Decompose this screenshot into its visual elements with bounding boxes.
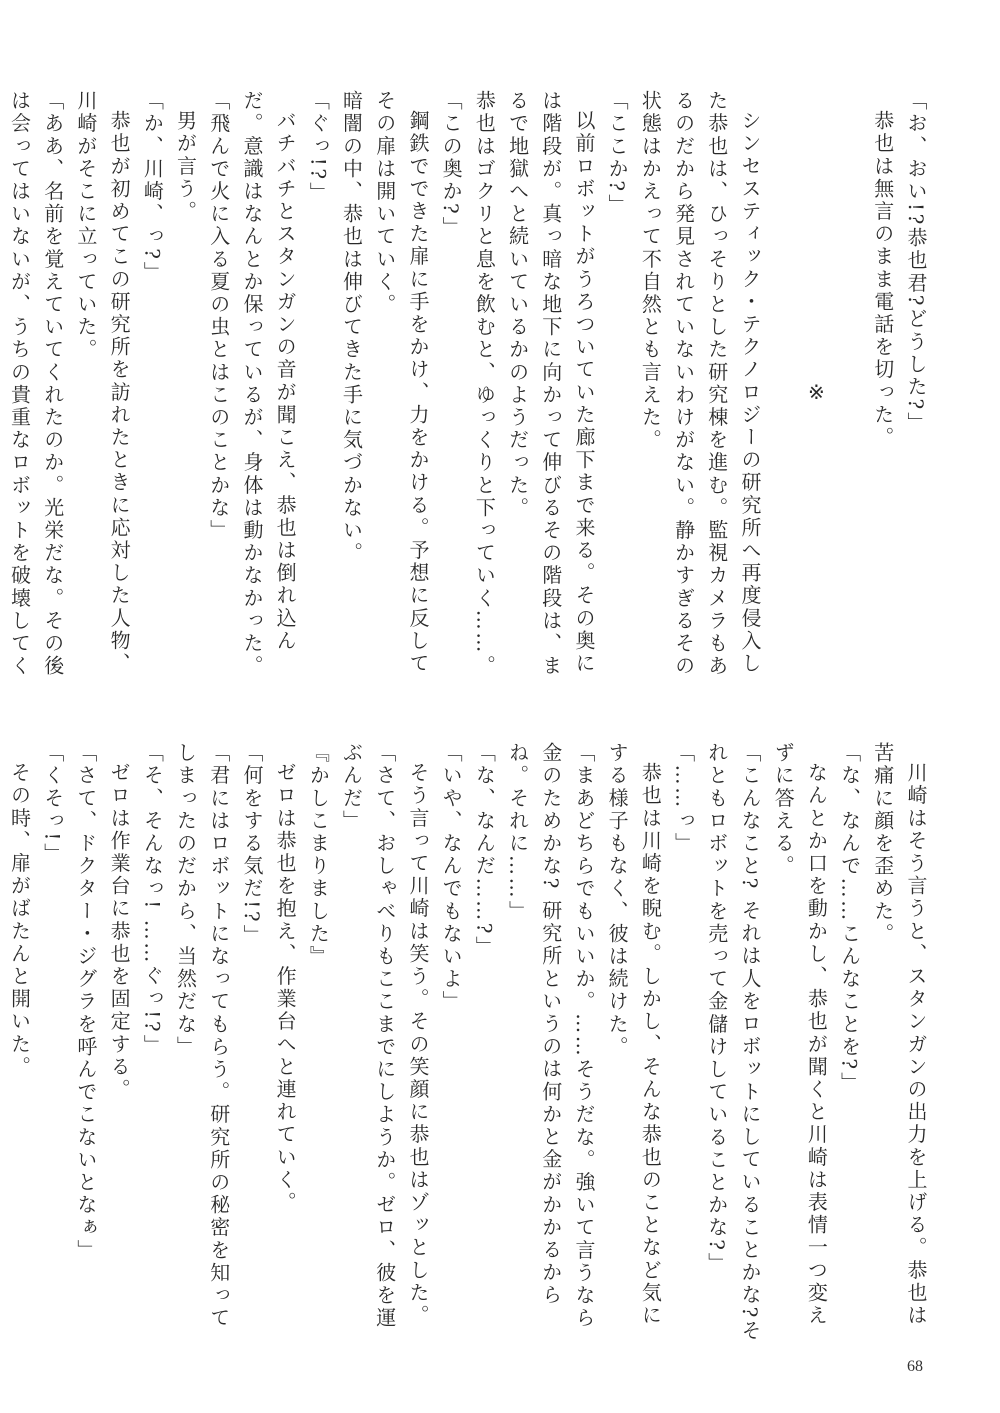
paragraph: 「か、川崎、っ?」 [135,90,168,696]
paragraph: 「そ、そんなっ! ……ぐっ!?」 [135,742,168,1348]
paragraph: 「ここか?」 [600,90,633,696]
paragraph: 『かしこまりました』 [301,742,334,1348]
paragraph: 「この奥か?」 [434,90,467,696]
paragraph: 「ああ、名前を覚えていてくれたのか。光栄だな。その後は会ってはいないが、うちの貴… [0,90,69,696]
paragraph: 「お、おい!?恭也君?どうした?」 [899,90,932,696]
paragraph [832,90,865,696]
paragraph: 恭也は無言のまま電話を切った。 [866,90,899,696]
paragraph: シンセスティック・テクノロジーの研究所へ再度侵入した恭也は、ひっそりとした研究棟… [633,90,766,696]
paragraph: バチバチとスタンガンの音が聞こえ、恭也は倒れ込んだ。意識はなんとか保っているが、… [235,90,301,696]
paragraph: 川崎はそう言うと、スタンガンの出力を上げる。恭也は苦痛に顔を歪めた。 [866,742,932,1348]
paragraph: 「……っ」 [666,742,699,1348]
paragraph: 「まあどちらでもいいか。……そうだな。強いて言うなら金のためかな? 研究所という… [500,742,600,1348]
paragraph: 恭也はゴクリと息を飲むと、ゆっくりと下っていく……。 [467,90,500,696]
paragraph: その時、扉がばたんと開いた。 [2,742,35,1348]
paragraph: なんとか口を動かし、恭也が聞くと川崎は表情一つ変えずに答える。 [766,742,832,1348]
paragraph: ゼロは恭也を抱え、作業台へと連れていく。 [268,742,301,1348]
paragraph: 「な、なんだ……?」 [467,742,500,1348]
page-number: 68 [907,1358,923,1376]
paragraph: 「くそっ!」 [36,742,69,1348]
paragraph: 男が言う。 [168,90,201,696]
paragraph: そう言って川崎は笑う。その笑顔に恭也はゾッとした。 [401,742,434,1348]
paragraph: 「さて、ドクター・ジグラを呼んでこないとなぁ」 [69,742,102,1348]
paragraph: 「な、なんで……こんなことを?」 [832,742,865,1348]
paragraph [766,90,799,696]
paragraph: 「飛んで火に入る夏の虫とはこのことかな」 [202,90,235,696]
paragraph: 「何をする気だ!?」 [235,742,268,1348]
paragraph: 「いや、なんでもないよ」 [434,742,467,1348]
paragraph: 恭也が初めてこの研究所を訪れたときに応対した人物、川崎がそこに立っていた。 [69,90,135,696]
paragraph: 恭也は川崎を睨む。しかし、そんな恭也のことなど気にする様子もなく、彼は続けた。 [600,742,666,1348]
paragraph: 鋼鉄でできた扉に手をかけ、力をかける。予想に反してその扉は開いていく。 [368,90,434,696]
paragraph: 「君にはロボットになってもらう。研究所の秘密を知ってしまったのだから、当然だな」 [168,742,234,1348]
paragraph: 以前ロボットがうろついていた廊下まで来る。その奥には階段が。真っ暗な地下に向かっ… [500,90,600,696]
paragraph: 「さて、おしゃべりもここまでにしようか。ゼロ、彼を運ぶんだ」 [334,742,400,1348]
paragraph: 暗闇の中、恭也は伸びてきた手に気づかない。 [334,90,367,696]
scene-break-mark: ※ [799,90,832,696]
bottom-text-tier: 川崎はそう言うと、スタンガンの出力を上げる。恭也は苦痛に顔を歪めた。「な、なんで… [52,742,932,1348]
paragraph: 「こんなこと? それは人をロボットにしていることかな?それともロボットを売って金… [700,742,766,1348]
top-text-tier: 「お、おい!?恭也君?どうした?」恭也は無言のまま電話を切った。 ※ シンセステ… [52,90,932,696]
paragraph: ゼロは作業台に恭也を固定する。 [102,742,135,1348]
paragraph: 「ぐっ!?」 [301,90,334,696]
